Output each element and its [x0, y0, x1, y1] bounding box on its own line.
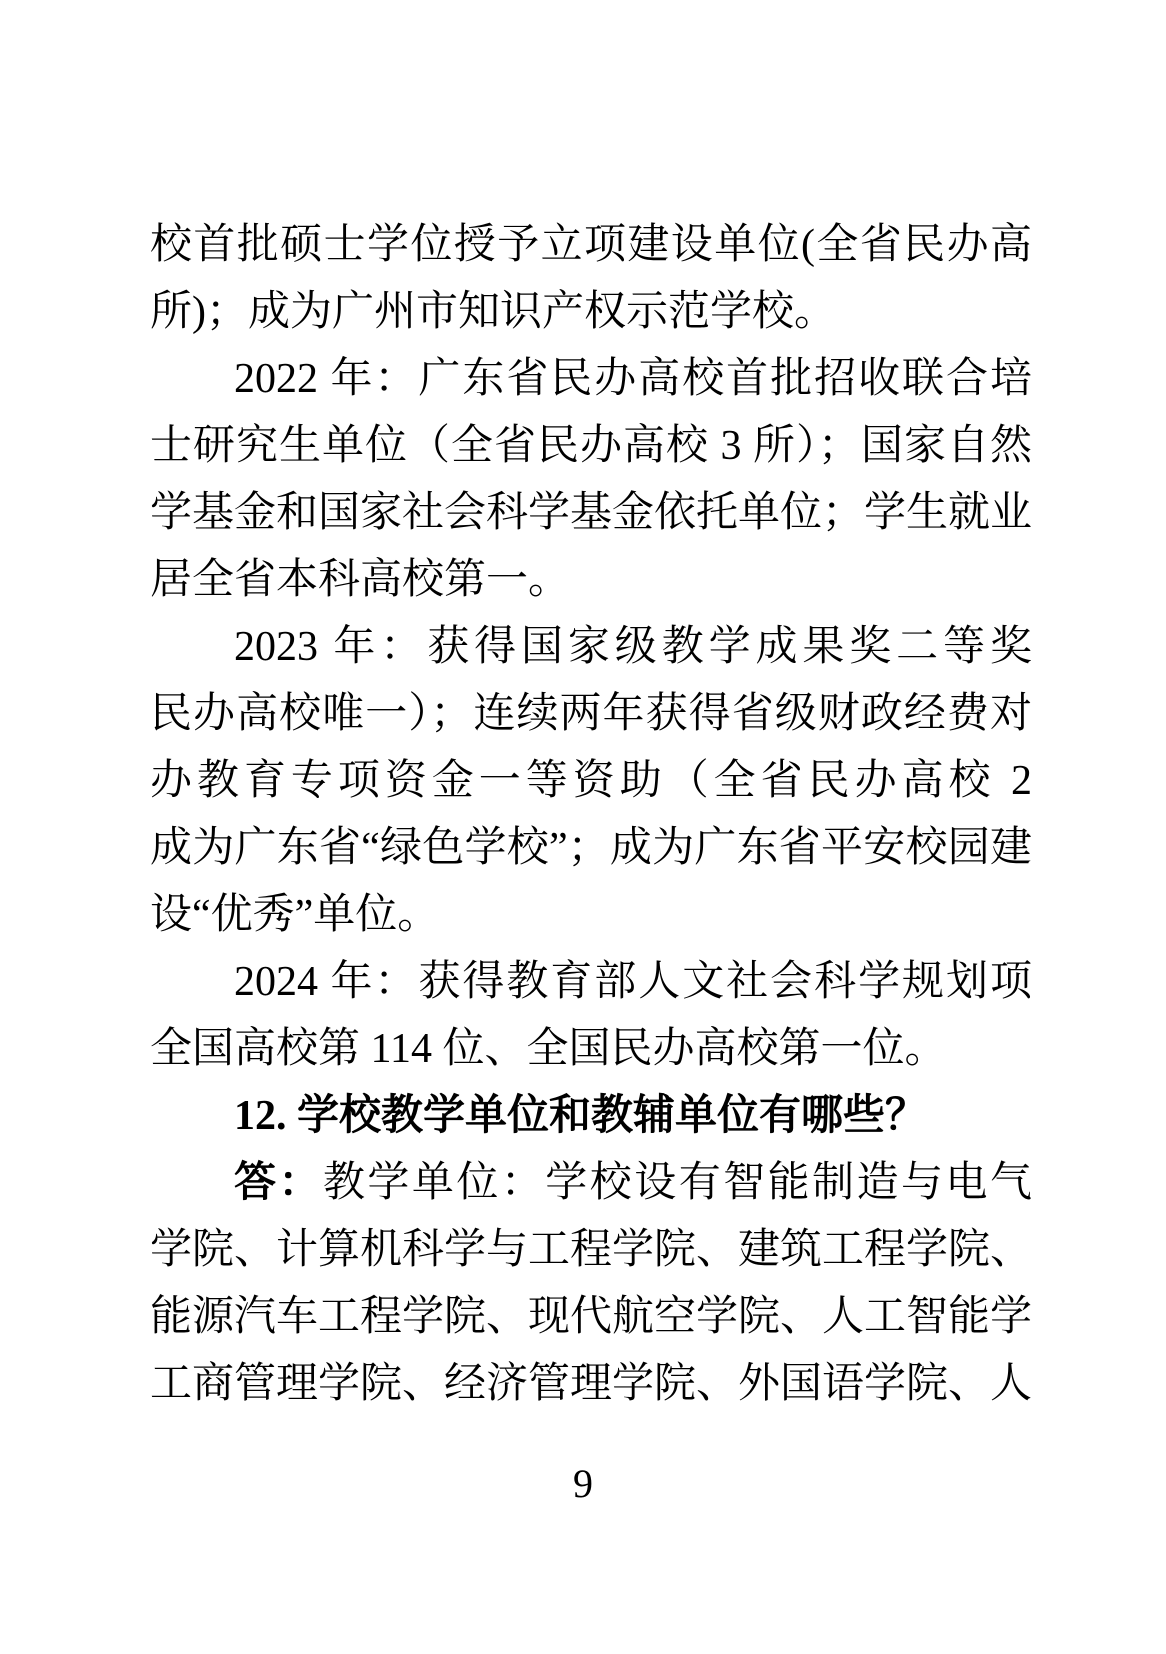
text-segment: 设“优秀”单位。 [150, 892, 439, 938]
document-body: 校首批硕士学位授予立项建设单位(全省民办高校 8所)；成为广州市知识产权示范学校… [150, 212, 1032, 1418]
text-line: 成为广东省“绿色学校”；成为广东省平安校园建 [150, 815, 1032, 882]
text-line: 工商管理学院、经济管理学院、外国语学院、人文 [150, 1351, 1032, 1418]
text-line: 所)；成为广州市知识产权示范学校。 [150, 279, 1032, 346]
text-segment: 教学单位：学校设有智能制造与电气工程 [234, 1160, 1032, 1217]
text-segment: 民办高校唯一）；连续两年获得省级财政经费对民 [150, 691, 1032, 748]
text-line: 学基金和国家社会科学基金依托单位；学生就业率 [150, 480, 1032, 547]
text-segment: 全国高校第 114 位、全国民办高校第一位。 [150, 1026, 946, 1072]
bold-text-segment: 12. 学校教学单位和教辅单位有哪些？ [234, 1093, 927, 1139]
text-line: 设“优秀”单位。 [150, 882, 1032, 949]
text-segment: 2024 年：获得教育部人文社会科学规划项目居 [234, 959, 1032, 1016]
text-segment: 办教育专项资金一等资助（全省民办高校 2 所）； [150, 758, 1032, 815]
text-line: 2024 年：获得教育部人文社会科学规划项目居 [150, 949, 1032, 1016]
text-segment: 学基金和国家社会科学基金依托单位；学生就业率 [150, 490, 1032, 547]
text-line: 民办高校唯一）；连续两年获得省级财政经费对民 [150, 681, 1032, 748]
page-number: 9 [0, 1462, 1166, 1506]
text-line: 学院、计算机科学与工程学院、建筑工程学院、新 [150, 1217, 1032, 1284]
text-segment: 士研究生单位（全省民办高校 3 所）；国家自然科 [150, 423, 1032, 480]
text-segment: 所)；成为广州市知识产权示范学校。 [150, 289, 836, 335]
text-segment: 2023 年：获得国家级教学成果奖二等奖（全省 [234, 624, 1032, 681]
bold-text-segment: 答： [234, 1160, 323, 1206]
text-line: 居全省本科高校第一。 [150, 547, 1032, 614]
text-line: 能源汽车工程学院、现代航空学院、人工智能学院、 [150, 1284, 1032, 1351]
text-segment: 能源汽车工程学院、现代航空学院、人工智能学院、 [150, 1294, 1032, 1351]
document-page: 校首批硕士学位授予立项建设单位(全省民办高校 8所)；成为广州市知识产权示范学校… [0, 0, 1166, 1654]
text-line: 2023 年：获得国家级教学成果奖二等奖（全省 [150, 614, 1032, 681]
text-segment: 工商管理学院、经济管理学院、外国语学院、人文 [150, 1361, 1032, 1418]
text-line: 答：教学单位：学校设有智能制造与电气工程 [150, 1150, 1032, 1217]
text-line: 士研究生单位（全省民办高校 3 所）；国家自然科 [150, 413, 1032, 480]
text-line: 校首批硕士学位授予立项建设单位(全省民办高校 8 [150, 212, 1032, 279]
text-segment: 2022 年：广东省民办高校首批招收联合培养硕 [234, 356, 1032, 413]
text-line: 办教育专项资金一等资助（全省民办高校 2 所）； [150, 748, 1032, 815]
text-segment: 学院、计算机科学与工程学院、建筑工程学院、新 [150, 1227, 1032, 1284]
text-line: 全国高校第 114 位、全国民办高校第一位。 [150, 1016, 1032, 1083]
text-line: 12. 学校教学单位和教辅单位有哪些？ [150, 1083, 1032, 1150]
text-segment: 成为广东省“绿色学校”；成为广东省平安校园建 [150, 825, 1032, 871]
text-line: 2022 年：广东省民办高校首批招收联合培养硕 [150, 346, 1032, 413]
text-segment: 居全省本科高校第一。 [150, 557, 570, 603]
text-segment: 校首批硕士学位授予立项建设单位(全省民办高校 8 [150, 222, 1032, 279]
